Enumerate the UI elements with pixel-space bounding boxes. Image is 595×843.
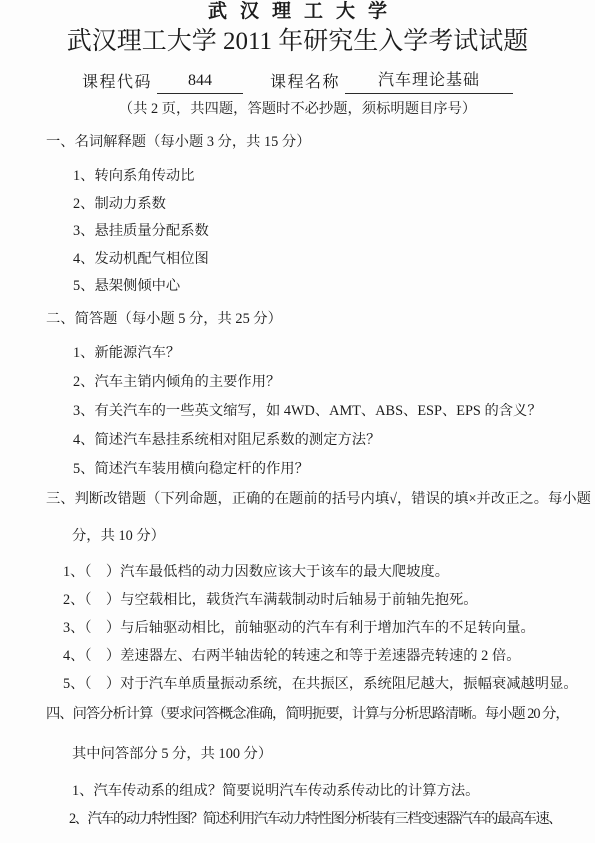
question-item: 4、发动机配气相位图 xyxy=(73,249,585,269)
question-list: 1、新能源汽车？ 2、汽车主销内倾角的主要作用？ 3、有关汽车的一些英文缩写，如… xyxy=(46,343,585,479)
question-list: 1、转向系角传动比 2、制动力系数 3、悬挂质量分配系数 4、发动机配气相位图 … xyxy=(46,166,585,296)
course-info-row: 课程代码 844 课程名称 汽车理论基础 xyxy=(0,70,595,94)
question-item: 5、简述汽车装用横向稳定杆的作用？ xyxy=(73,459,585,479)
section-short-answer: 二、简答题（每小题 5 分，共 25 分） 1、新能源汽车？ 2、汽车主销内倾角… xyxy=(46,309,585,479)
question-list: 1、（ ）汽车最低档的动力因数应该大于该车的最大爬坡度。 2、（ ）与空载相比，… xyxy=(46,562,585,694)
section-heading: 一、名词解释题（每小题 3 分，共 15 分） xyxy=(46,132,585,152)
section-heading-continuation: 分，共 10 分） xyxy=(72,526,585,546)
exam-note: （共 2 页，共四题，答题时不必抄题，须标明题目序号） xyxy=(0,99,595,119)
question-item: 3、悬挂质量分配系数 xyxy=(73,221,585,241)
question-item: 3、有关汽车的一些英文缩写，如 4WD、AMT、ABS、ESP、EPS 的含义？ xyxy=(73,401,585,421)
course-code-label: 课程代码 xyxy=(82,72,152,94)
question-item: 1、汽车传动系的组成？简要说明汽车传动系传动比的计算方法。 xyxy=(72,781,585,801)
question-item: 4、简述汽车悬挂系统相对阻尼系数的测定方法？ xyxy=(73,430,585,450)
question-item: 4、（ ）差速器左、右两半轴齿轮的转速之和等于差速器壳转速的 2 倍。 xyxy=(63,646,585,666)
section-analysis-calculation: 四、问答分析计算（要求问答概念准确，简明扼要，计算与分析思路清晰。每小题 20 … xyxy=(46,704,585,829)
question-item: 1、新能源汽车？ xyxy=(73,343,585,363)
question-item: 5、（ ）对于汽车单质量振动系统，在共振区，系统阻尼越大，振幅衰减越明显。 xyxy=(63,674,585,694)
question-item: 1、转向系角传动比 xyxy=(73,166,585,186)
question-item: 1、（ ）汽车最低档的动力因数应该大于该车的最大爬坡度。 xyxy=(63,562,585,582)
exam-title: 武汉理工大学 2011 年研究生入学考试试题 xyxy=(0,27,595,57)
exam-paper-page: 武汉理工大学 武汉理工大学 2011 年研究生入学考试试题 课程代码 844 课… xyxy=(0,0,595,843)
course-name-label: 课程名称 xyxy=(270,72,340,94)
section-heading-continuation: 其中问答部分 5 分，共 100 分） xyxy=(72,744,585,764)
question-item: 2、（ ）与空载相比，载货汽车满载制动时后轴易于前轴先抱死。 xyxy=(63,590,585,610)
school-name-header: 武汉理工大学 xyxy=(0,0,595,23)
question-item: 3、（ ）与后轴驱动相比，前轴驱动的汽车有利于增加汽车的不足转向量。 xyxy=(63,618,585,638)
section-true-false: 三、判断改错题（下列命题，正确的在题前的括号内填√，错误的填×并改正之。每小题 … xyxy=(46,489,585,694)
course-name-value: 汽车理论基础 xyxy=(345,70,513,94)
question-list: 1、汽车传动系的组成？简要说明汽车传动系传动比的计算方法。 2、汽车的动力特性图… xyxy=(46,781,585,829)
section-heading: 四、问答分析计算（要求问答概念准确，简明扼要，计算与分析思路清晰。每小题 20 … xyxy=(46,704,585,724)
section-heading: 三、判断改错题（下列命题，正确的在题前的括号内填√，错误的填×并改正之。每小题 … xyxy=(46,489,585,509)
question-item: 2、汽车的动力特性图？简述利用汽车动力特性图分析装有三档变速器汽车的最高车速、 xyxy=(69,809,585,829)
section-heading: 二、简答题（每小题 5 分，共 25 分） xyxy=(46,309,585,329)
course-code-value: 844 xyxy=(157,70,243,94)
question-item: 2、汽车主销内倾角的主要作用？ xyxy=(73,372,585,392)
question-item: 2、制动力系数 xyxy=(73,194,585,214)
question-item: 5、悬架侧倾中心 xyxy=(73,276,585,296)
section-terms: 一、名词解释题（每小题 3 分，共 15 分） 1、转向系角传动比 2、制动力系… xyxy=(46,132,585,296)
